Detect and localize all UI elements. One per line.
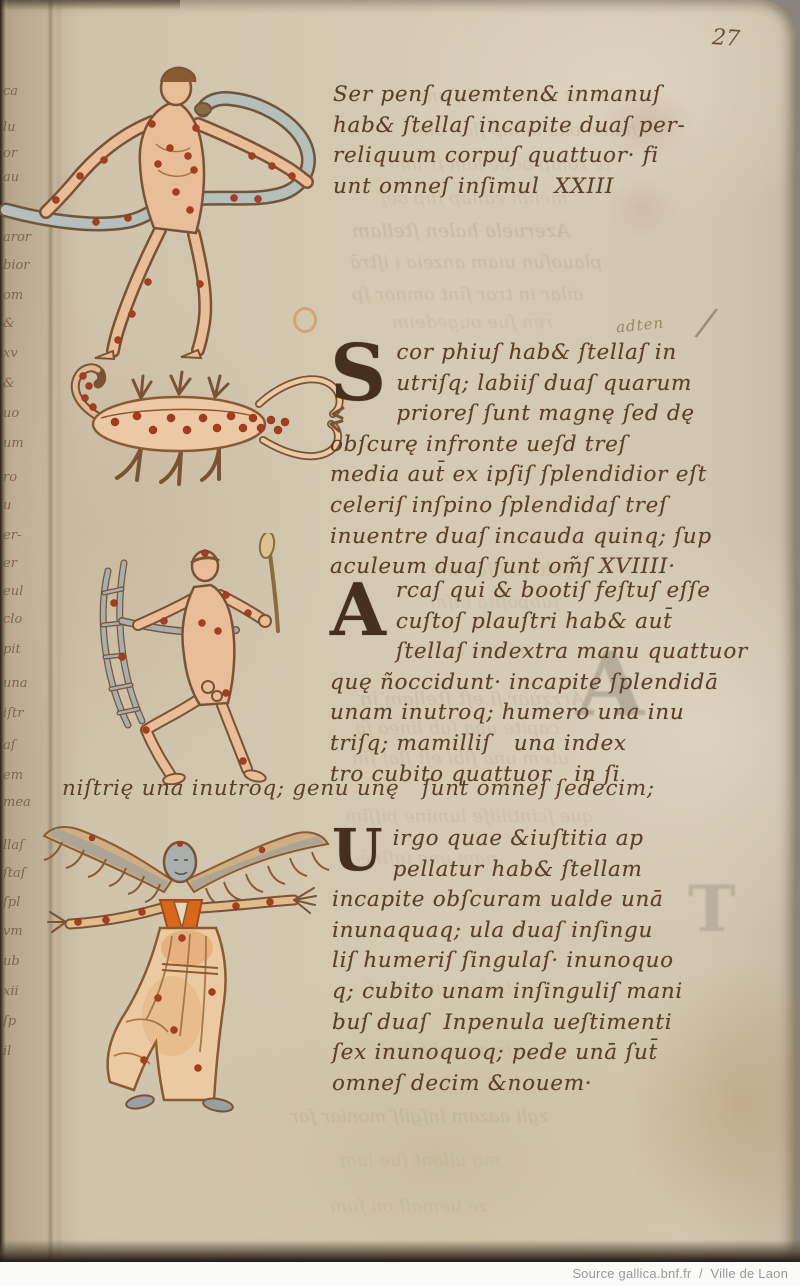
photo-bottom-edge <box>0 1240 800 1262</box>
manuscript-line: triſq; mamilliſ una index <box>330 729 792 760</box>
bleed-line: ze uemaſl on ſum <box>330 1196 488 1217</box>
manuscript-line: media aut̄ ex ipſiſ ſplendidior eſt <box>330 460 792 491</box>
bleed-line: Azeruela halen ſtellam <box>352 220 570 242</box>
manuscript-line: celeriſ inſpino ſplendidaſ treſ <box>330 491 792 522</box>
margin-overflow-line: niſtrię una inutroq; genu unę ſunt omneſ… <box>62 776 655 801</box>
manuscript-line: irgo quae &iuſtitia ap <box>332 824 794 855</box>
manuscript-line: pellatur hab& ſtellam <box>332 855 794 886</box>
text-block-arctophylax: A rcaſ qui & bootiſ feſtuſ eſſecuſtoſ pl… <box>330 576 792 790</box>
manuscript-line: liſ humeriſ ſingulaſ· inunoquo <box>332 946 794 977</box>
top-edge-shadow <box>0 0 180 10</box>
manuscript-line: ſex inunoquoq; pede unā ſut̄ <box>332 1038 794 1069</box>
manuscript-line: unam inutroq; humero una inu <box>330 698 792 729</box>
bleed-line: ailar in tror ſint omnor ſp <box>352 284 583 305</box>
gallica-source-footer: Source gallica.bnf.fr / Ville de Laon <box>0 1262 800 1286</box>
text-block-virgo: U irgo quae &iuſtitia appellatur hab& ſt… <box>332 824 794 1099</box>
initial-a: A <box>330 582 386 638</box>
manuscript-line: rcaſ qui & bootiſ feſtuſ eſſe <box>330 576 792 607</box>
manuscript-line: quę ñoccidunt· incapite ſplendidā <box>330 668 792 699</box>
manuscript-line: q; cubito unam inſinguliſ mani <box>332 977 794 1008</box>
manuscript-line: utriſq; labiiſ duaſ quarum <box>330 369 792 400</box>
bleed-line: ren ſue ougedeim <box>392 312 553 333</box>
manuscript-line: obſcurę infronte ueſd treſ <box>330 430 792 461</box>
text-block-serpens: Ser penſ quemten& inmanuſhab& ſtellaſ in… <box>333 80 795 202</box>
scorpion-drawing <box>45 350 345 490</box>
manuscript-line: buſ duaſ Inpenula ueſtimenti <box>332 1008 794 1039</box>
manuscript-line: ſtellaſ indextra manu quattuor <box>330 637 792 668</box>
manuscript-line: incapite obſcuram ualde unā <box>332 885 794 916</box>
parchment: caluorauarorbiorom&xv&uoumrouer-ereulclo… <box>0 0 795 1262</box>
manuscript-line: hab& ſtellaſ incapite duaſ per- <box>333 111 795 142</box>
manuscript-line: reliquum corpuſ quattuor· fi <box>333 141 795 172</box>
bleed-line: plauoſun uiam anzeia i iſtrā <box>350 252 602 273</box>
manuscript-line: inuentre duaſ incauda quinq; ſup <box>330 522 792 553</box>
manuscript-line: Ser penſ quemten& inmanuſ <box>333 80 795 111</box>
manuscript-page-scan: caluorauarorbiorom&xv&uoumrouer-ereulclo… <box>0 0 800 1286</box>
folio-number: 27 <box>711 25 741 52</box>
initial-s: S <box>330 344 386 405</box>
bootes-drawing <box>78 533 330 785</box>
manuscript-line: inunaquaq; ula duaſ inſingu <box>332 916 794 947</box>
manuscript-line: cor phiuſ hab& ſtellaſ in <box>330 338 792 369</box>
text-block-scorpius: S cor phiuſ hab& ſtellaſ inutriſq; labii… <box>330 338 792 583</box>
marginal-note: adten <box>615 314 665 337</box>
initial-u: U <box>332 828 383 873</box>
manuscript-line: unt omneſ inſimul XXIII <box>333 172 795 203</box>
virgo-drawing <box>22 816 348 1116</box>
manuscript-line: prioreſ ſunt magnę ſed dę <box>330 399 792 430</box>
serpent-holder-drawing <box>0 52 345 362</box>
bleed-line: mo uilont ſue lam <box>340 1150 500 1171</box>
manuscript-line: cuſtoſ plauſtri hab& aut̄ <box>330 607 792 638</box>
manuscript-line: omneſ decim &nouem· <box>332 1069 794 1100</box>
